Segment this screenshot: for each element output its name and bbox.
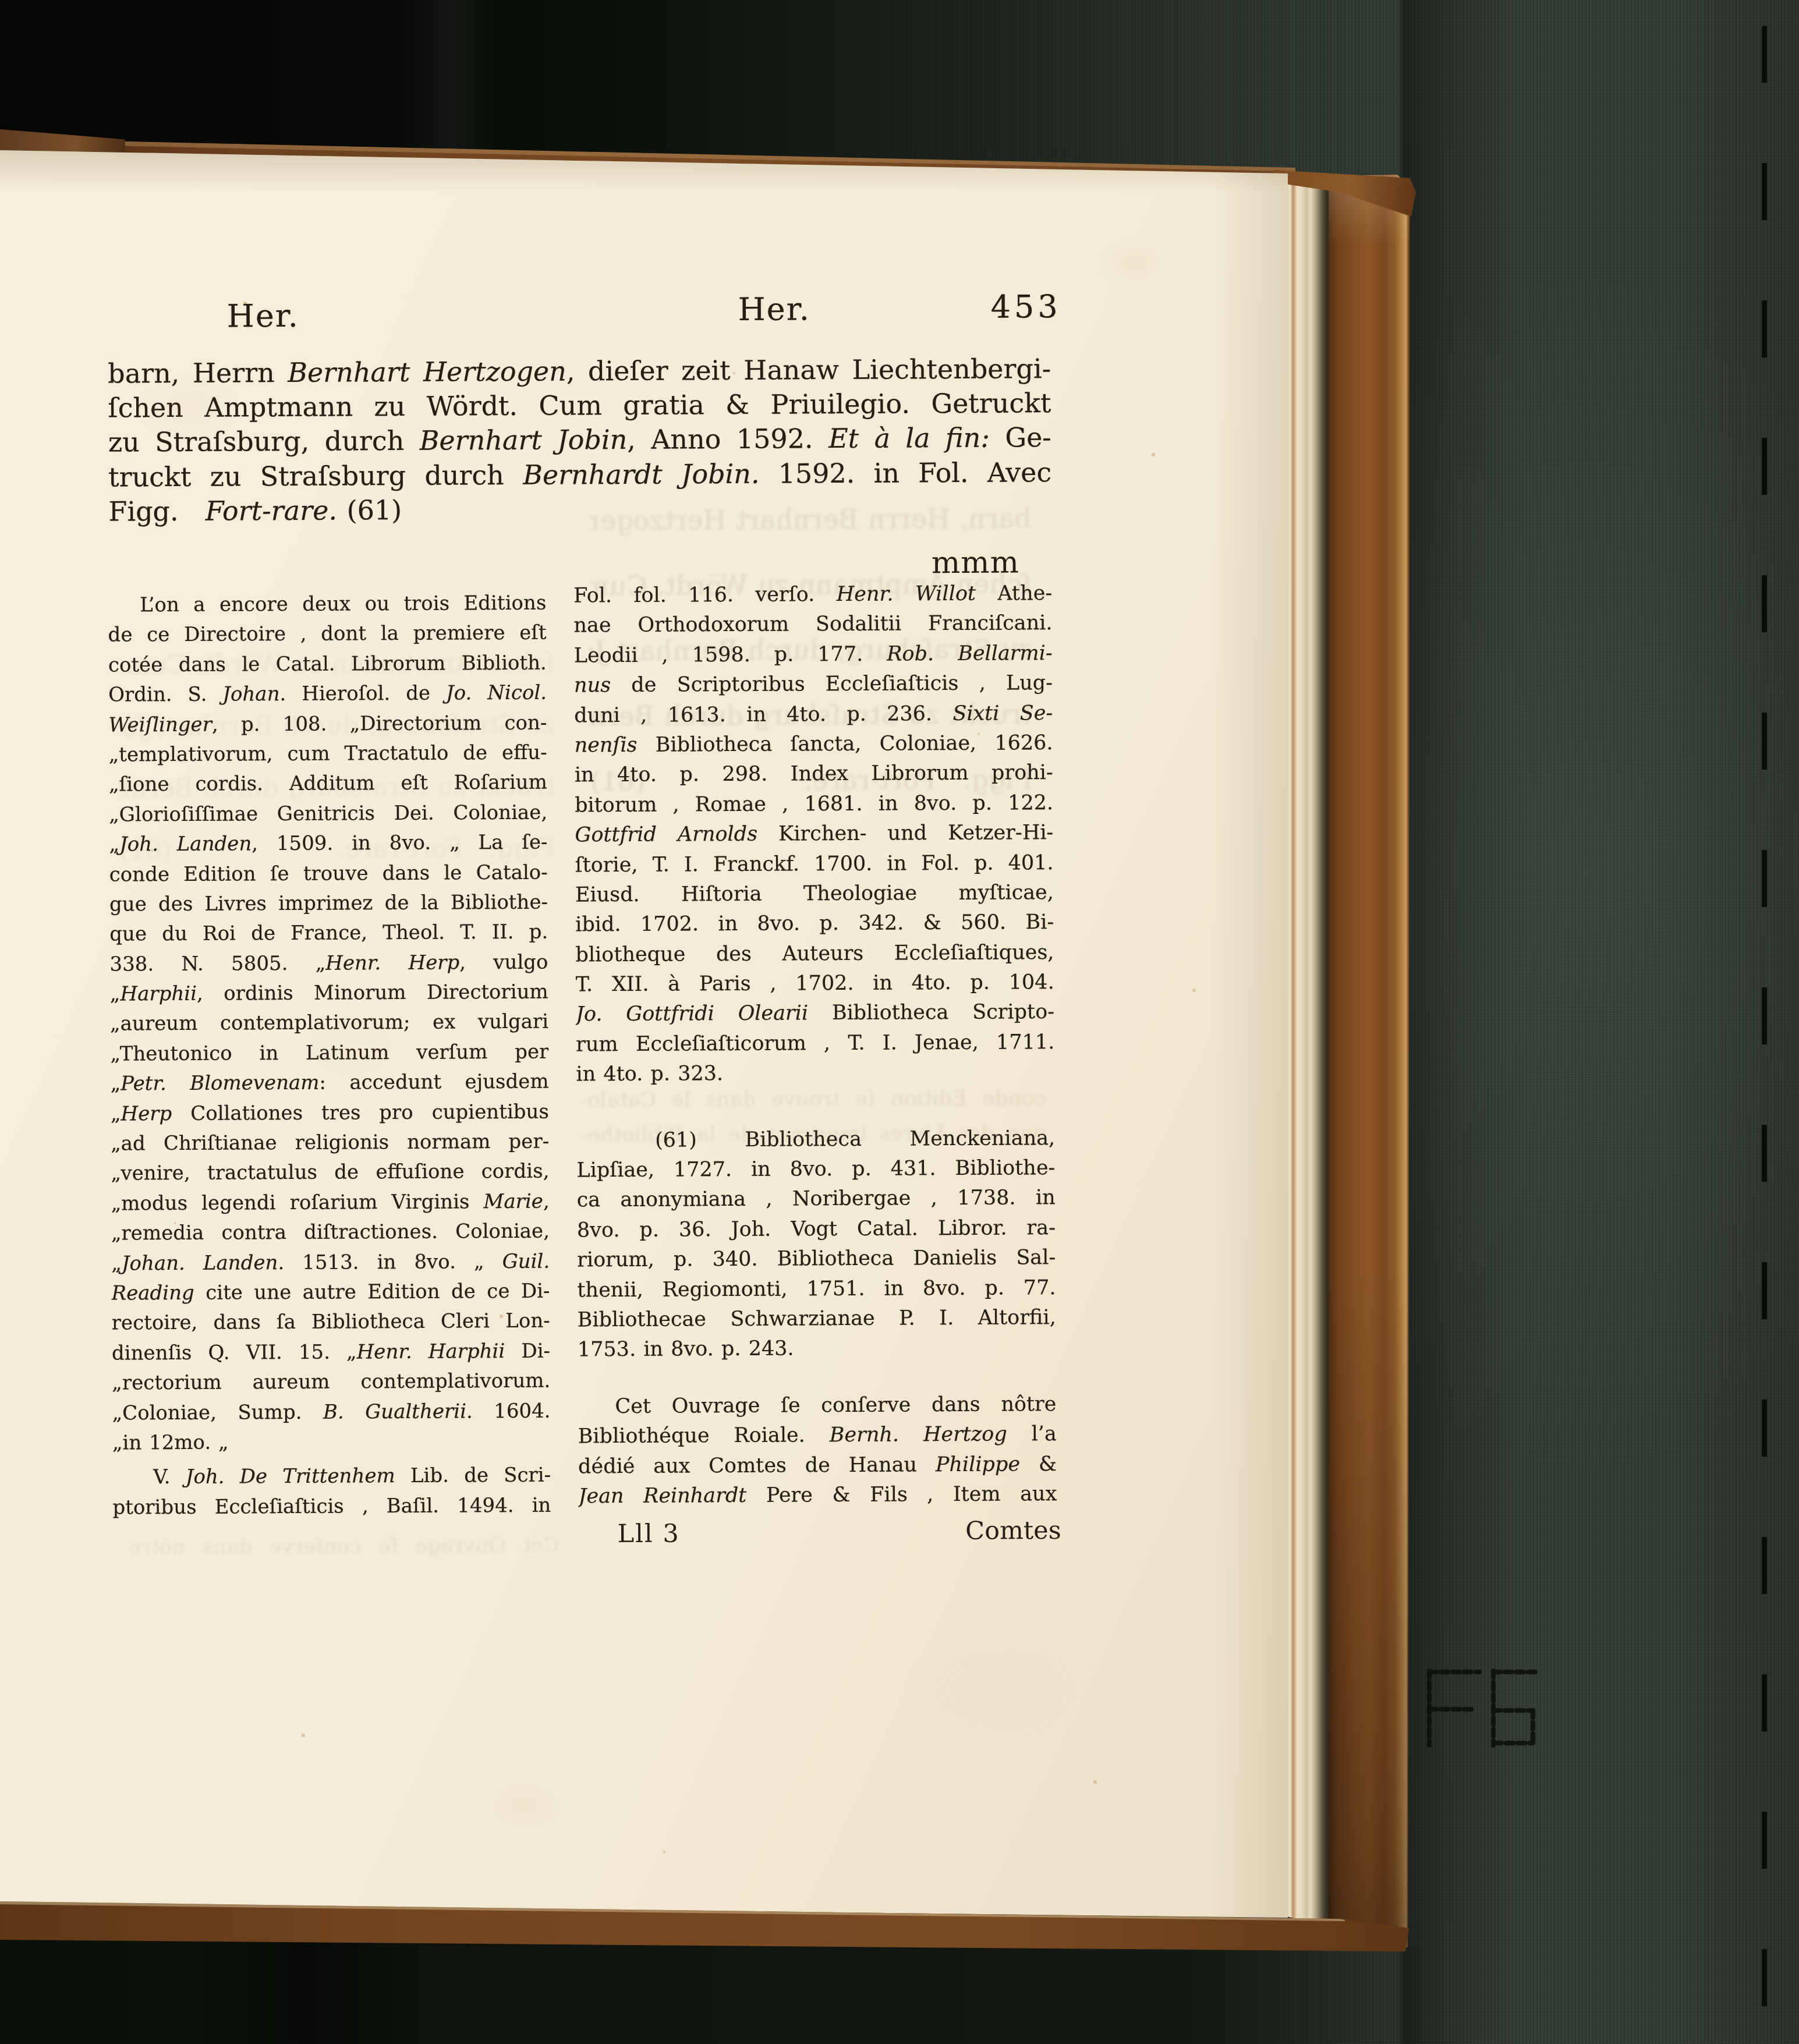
show-through-line: ſchen Amptmann zu Wördt. Cum gratia & Pr… [118,633,555,697]
text-line: „Joh. Landen, 1509. in 8vo. „ La ſe- [109,828,547,860]
show-through-line: Figg. Fort-rare. (61) [590,746,1033,814]
text-line: „Coloniae, Sump. B. Gualtherii. 1604. [112,1396,550,1428]
text-line: „Johan. Landen. 1513. in 8vo. „ Guil. [111,1246,550,1278]
text-line: Fol. fol. 116. verſo. Henr. Willot Athe- [573,579,1052,611]
text-line: „ſione cordis. Additum eſt Roſarium [109,768,547,800]
paragraph: Fol. fol. 116. verſo. Henr. Willot Athe-… [573,579,1055,1090]
text-line: Eiusd. Hiſtoria Theologiae myſticae, [575,878,1054,911]
text-line: Reading cite une autre Edition de ce Di- [111,1277,550,1309]
text-line: L’on a encore deux ou trois Editions [108,589,546,621]
text-line: Jean Reinhardt Pere & Fils , Item aux [578,1479,1057,1512]
paragraph: Cet Ouvrage ſe conſerve dans nôtreBiblio… [578,1390,1057,1512]
catchword: Comtes [880,1516,1061,1546]
page-fore-edges [1283,0,1330,2044]
text-line: ſchen Amptmann zu Wördt. Cum gratia & Pr… [108,386,1051,426]
text-line: „Petr. Blomevenam: accedunt ejusdem [110,1067,548,1099]
show-through-line: Cet Ouvrage ſe conſerve dans nôtre [129,1528,559,1565]
running-head-right: Her. [738,291,810,328]
text-line: „Herp Collationes tres pro cupientibus [111,1097,549,1129]
text-line: nenſis Bibliotheca ſancta, Coloniae, 162… [574,728,1053,761]
text-line: „templativorum, cum Tractatulo de effu- [109,738,547,770]
text-line: V. Joh. De Trittenhem Lib. de Scri- [112,1461,551,1493]
text-line: riorum, p. 340. Bibliotheca Danielis Sal… [577,1243,1056,1276]
text-line: rum Eccleſiaſticorum , T. I. Jenae, 1711… [576,1028,1054,1060]
text-line: „rectorium aureum contemplativorum. [112,1366,550,1398]
text-line: Lipſiae, 1727. in 8vo. p. 431. Bibliothe… [576,1153,1055,1186]
paragraph: L’on a encore deux ou trois Editionsde c… [108,589,551,1458]
paragraph: (61) Bibliotheca Menckeniana,Lipſiae, 17… [576,1124,1056,1365]
text-line: ſtorie, T. I. Franckf. 1700. in Fol. p. … [575,848,1054,881]
cover-stitching-seam [1762,26,1767,2028]
book-photo: barn, Herrn Bernhart Hertzogen, dieſer z… [0,0,1799,2044]
text-line: Ordin. S. Johan. Hieroſol. de Jo. Nicol. [108,678,547,710]
show-through-text: conde Edition ſe trouve dans le Catalo-g… [580,1081,1047,1153]
text-line: thenii, Regiomonti, 1751. in 8vo. p. 77. [577,1273,1056,1306]
text-line: (61) Bibliotheca Menckeniana, [576,1124,1055,1156]
intro-paragraph: barn, Herrn Bernhart Hertzogen, dieſer z… [108,352,1052,529]
leather-spine-edge [1329,0,1410,2044]
text-line: bitorum , Romae , 1681. in 8vo. p. 122. [575,788,1053,821]
show-through-line: zu Straſsburg, durch Bernhart Jobin, Ann… [589,616,1032,683]
show-through-line: zu Straſsburg, durch Bernhart Jobin, Ann… [118,695,555,759]
gathering-signature: Lll 3 [618,1519,680,1549]
running-head-left: Her. [227,297,299,335]
text-line: de ce Directoire , dont la premiere eſt [108,618,546,650]
text-line: „Harphii, ordinis Minorum Directorium [110,977,548,1009]
text-line: Weiſlinger, p. 108. „Directorium con- [108,708,547,740]
show-through-text: ſchen Amptmann zu Wördt. Cum gratia & Pr… [118,633,556,882]
show-through-text: barn, Herrn Bernhart Hertzogen, dieſer z… [589,486,1033,814]
text-line: „in 12mo. „ [112,1426,551,1458]
show-through-line: gue des Livres imprimez de la Bibliothe- [580,1115,1046,1153]
text-line: Leodii , 1598. p. 177. Rob. Bellarmi- [574,639,1053,671]
text-line: 338. N. 5805. „Henr. Herp, vulgo [109,947,548,979]
text-line: „Glorioſiſſimae Genitricis Dei. Coloniae… [109,798,547,830]
text-line: Cet Ouvrage ſe conſerve dans nôtre [578,1390,1056,1422]
text-line: „venire, tractatulus de effuſione cordis… [111,1157,549,1189]
text-line: nus de Scriptoribus Eccleſiaſticis , Lug… [574,668,1053,701]
text-line: 8vo. p. 36. Joh. Vogt Catal. Libror. ra- [577,1213,1056,1246]
show-through-line: ſchen Amptmann zu Wördt. Cum gratia & Pr… [589,551,1032,618]
text-line: ibid. 1702. in 8vo. p. 342. & 560. Bi- [575,908,1054,940]
text-line: nae Orthodoxorum Sodalitii Franciſcani. [573,609,1052,642]
text-line: rectoire, dans ſa Bibliotheca Cleri Lon- [112,1306,550,1338]
page-number: 453 [990,288,1061,325]
text-line: T. XII. à Paris , 1702. in 4to. p. 104. [576,968,1054,1000]
blind-stamp-monogram [1419,1664,1543,1752]
show-through-line: truckt zu Straſsburg durch Bernhardt Job… [590,681,1033,749]
text-line: ca anonymiana , Noribergae , 1738. in [577,1184,1056,1216]
text-line: que du Roi de France, Theol. T. II. p. [109,918,548,950]
signature-mark: mmm [932,545,1019,580]
text-line: „aureum contemplativorum; ex vulgari [110,1007,548,1039]
text-line: ptoribus Eccleſiaſticis , Baſil. 1494. i… [112,1490,551,1522]
text-line: truckt zu Straſsburg durch Bernhardt Job… [108,455,1051,495]
text-line: dédié aux Comtes de Hanau Philippe & [578,1450,1057,1482]
text-line: „ad Chriſtianae religionis normam per- [111,1127,549,1159]
text-line: in 4to. p. 323. [576,1057,1054,1090]
text-line: in 4to. p. 298. Index Librorum prohi- [575,758,1053,791]
show-through-line: truckt zu Straſsburg durch Bernhardt Job… [119,756,556,820]
text-line: dinenſis Q. VII. 15. „Henr. Harphii Di- [112,1336,550,1368]
text-line: „remedia contra diſtractiones. Coloniae, [111,1217,550,1249]
text-line: „modus legendi roſarium Virginis Marie, [111,1186,550,1218]
text-line: gue des Livres imprimez de la Bibliothe- [109,888,548,920]
paragraph: barn, Herrn Bernhart Hertzogen, dieſer z… [108,352,1052,529]
left-column: L’on a encore deux ou trois Editionsde c… [108,589,551,1523]
show-through-text: Cet Ouvrage ſe conſerve dans nôtre [129,1528,559,1565]
show-through-line: conde Edition ſe trouve dans le Catalo- [580,1081,1046,1118]
right-column: Fol. fol. 116. verſo. Henr. Willot Athe-… [573,579,1057,1512]
text-line: zu Straſsburg, durch Bernhart Jobin, Ann… [108,420,1051,460]
paragraph: V. Joh. De Trittenhem Lib. de Scri-ptori… [112,1461,551,1523]
text-line: Bibliothéque Roiale. Bernh. Hertzog l’a [578,1419,1057,1452]
text-line: bliotheque des Auteurs Eccleſiaſtiques, [575,938,1054,970]
text-line: Bibliothecae Schwarzianae P. I. Altorfii… [578,1303,1056,1335]
text-line: Figg. Fort-rare. (61) [108,490,1051,529]
text-line: Gottfrid Arnolds Kirchen- und Ketzer-Hi- [575,818,1053,851]
text-line: Jo. Gottfridi Olearii Bibliotheca Script… [576,998,1054,1030]
text-line: 1753. in 8vo. p. 243. [578,1333,1056,1365]
show-through-line: barn, Herrn Bernhart Hertzogen, dieſer z… [589,486,1032,553]
text-line: barn, Herrn Bernhart Hertzogen, dieſer z… [108,352,1051,391]
show-through-line: Figg. Fort-rare. (61) [119,818,556,882]
text-line: conde Edition ſe trouve dans le Catalo- [109,858,548,890]
text-line: „Theutonico in Latinum verſum per [110,1037,548,1069]
text-line: cotée dans le Catal. Librorum Biblioth. [108,648,547,680]
text-line: duni , 1613. in 4to. p. 236. Sixti Se- [574,699,1053,731]
